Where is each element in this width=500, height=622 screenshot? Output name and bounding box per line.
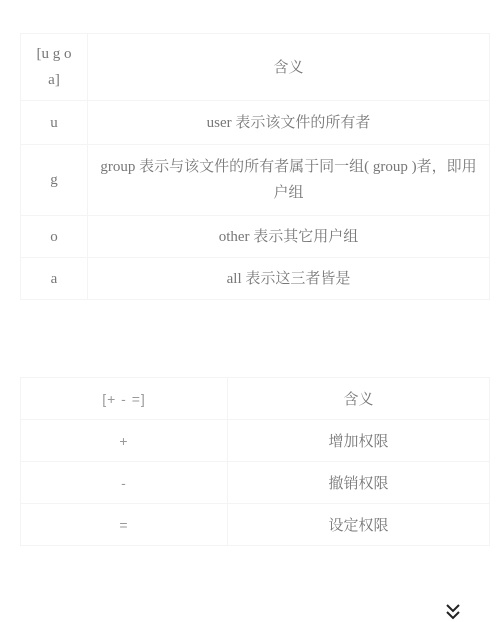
cell-symbol: + (21, 420, 228, 462)
double-chevron-down-icon (442, 603, 464, 621)
header-cell-symbol: [u g o a] (21, 34, 88, 101)
cell-symbol: a (21, 258, 88, 300)
header-cell-symbol: [+ - =] (21, 378, 228, 420)
table-header-row: [+ - =] 含义 (21, 378, 490, 420)
cell-symbol: = (21, 504, 228, 546)
scroll-down-button[interactable] (442, 603, 464, 621)
table-row: u user 表示该文件的所有者 (21, 101, 490, 145)
table-row: - 撤销权限 (21, 462, 490, 504)
header-cell-meaning: 含义 (228, 378, 490, 420)
cell-symbol: - (21, 462, 228, 504)
header-cell-meaning: 含义 (88, 34, 490, 101)
operator-table: [+ - =] 含义 + 增加权限 - 撤销权限 = 设定权限 (20, 377, 490, 546)
cell-meaning: 增加权限 (228, 420, 490, 462)
table-row: a all 表示这三者皆是 (21, 258, 490, 300)
table-row: o other 表示其它用户组 (21, 216, 490, 258)
table-row: = 设定权限 (21, 504, 490, 546)
cell-symbol: u (21, 101, 88, 145)
cell-symbol: o (21, 216, 88, 258)
cell-symbol: g (21, 145, 88, 216)
cell-meaning: other 表示其它用户组 (88, 216, 490, 258)
table-row: g group 表示与该文件的所有者属于同一组( group )者，即用户组 (21, 145, 490, 216)
ugoa-table: [u g o a] 含义 u user 表示该文件的所有者 g group 表示… (20, 33, 490, 300)
cell-meaning: 设定权限 (228, 504, 490, 546)
table-row: + 增加权限 (21, 420, 490, 462)
cell-meaning: 撤销权限 (228, 462, 490, 504)
table-header-row: [u g o a] 含义 (21, 34, 490, 101)
cell-meaning: user 表示该文件的所有者 (88, 101, 490, 145)
cell-meaning: all 表示这三者皆是 (88, 258, 490, 300)
cell-meaning: group 表示与该文件的所有者属于同一组( group )者，即用户组 (88, 145, 490, 216)
